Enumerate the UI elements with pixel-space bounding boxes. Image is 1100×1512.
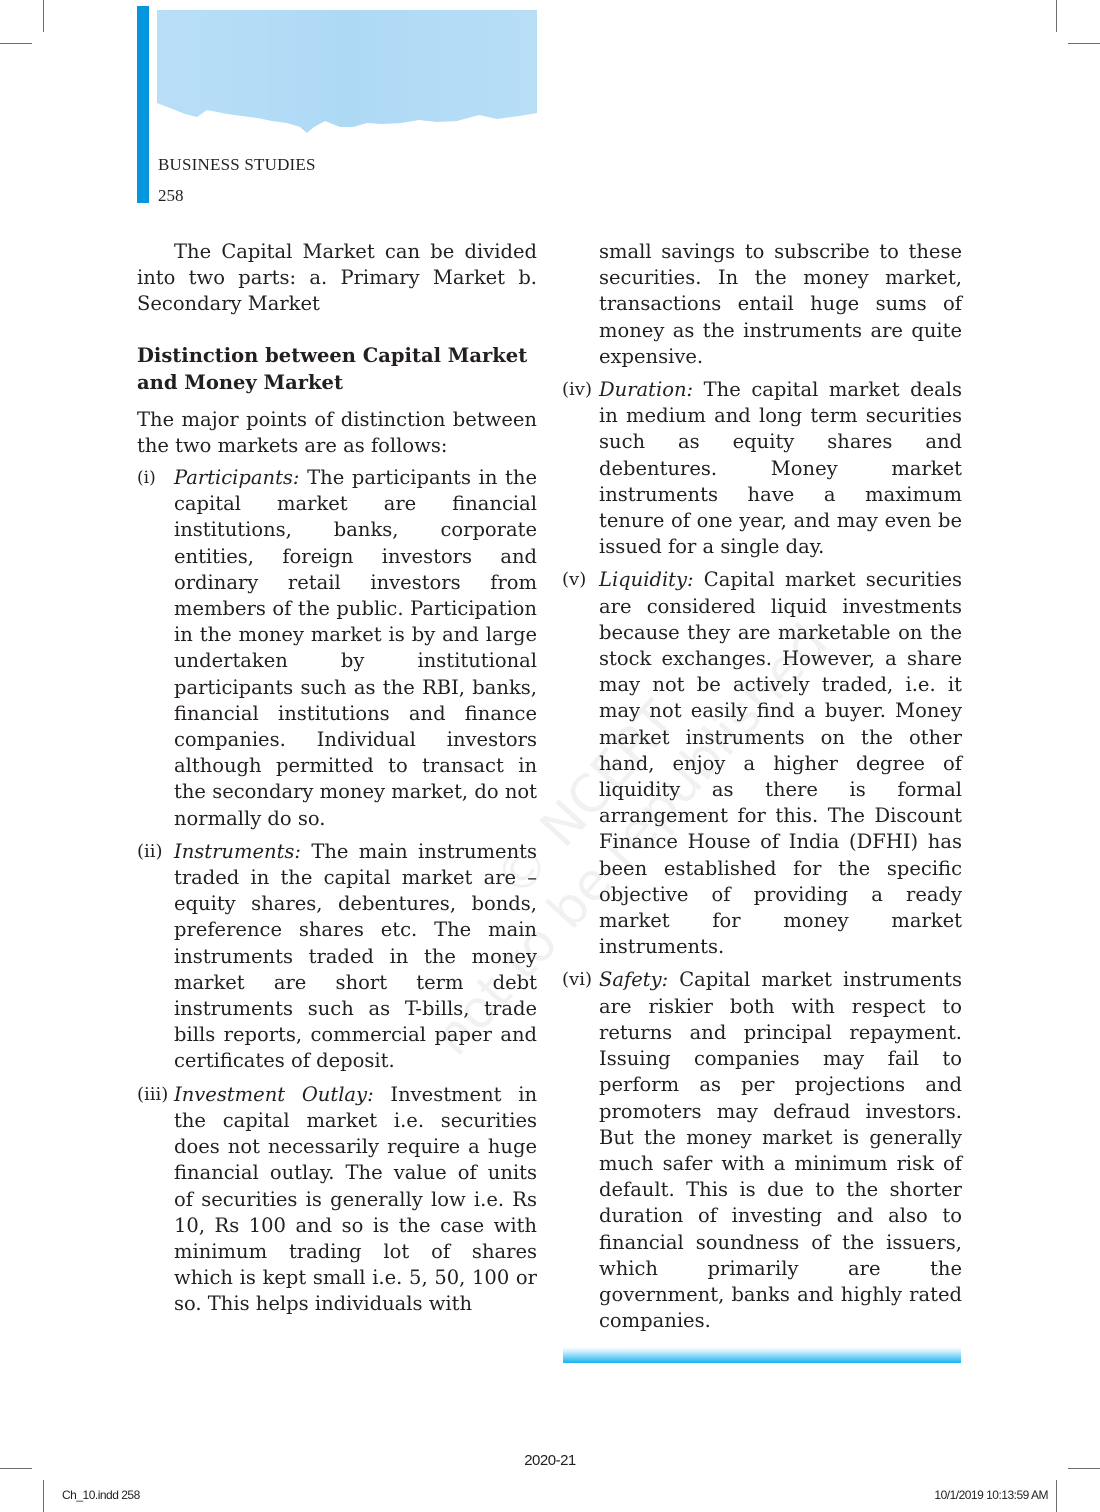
running-head: BUSINESS STUDIES: [158, 155, 316, 175]
list-marker: (v): [562, 567, 586, 593]
crop-mark-top-left-vertical: [43, 0, 44, 32]
list-item-instruments: (ii) Instruments: The main instruments t…: [137, 839, 537, 1075]
list-item-duration: (iv) Duration: The capital market deals …: [562, 377, 962, 560]
list-text: The main instruments traded in the capit…: [174, 840, 537, 1073]
list-term: Investment Outlay:: [174, 1083, 374, 1106]
list-text: Investment in the capital market i.e. se…: [174, 1083, 537, 1316]
list-item-participants: (i) Participants: The participants in th…: [137, 465, 537, 832]
lead-paragraph: The major points of distinction between …: [137, 407, 537, 459]
torn-paper-banner: [157, 10, 537, 135]
list-marker: (vi): [562, 967, 592, 993]
list-term: Safety:: [599, 968, 668, 991]
left-column: The Capital Market can be divided into t…: [137, 239, 537, 1325]
continuation-paragraph: small savings to subscribe to these secu…: [562, 239, 962, 370]
list-term: Liquidity:: [599, 568, 694, 591]
intro-paragraph: The Capital Market can be divided into t…: [137, 239, 537, 318]
list-term: Participants:: [174, 466, 300, 489]
list-term: Duration:: [599, 378, 693, 401]
list-item-safety: (vi) Safety: Capital market instruments …: [562, 967, 962, 1334]
crop-mark-top-left-horizontal: [0, 43, 32, 44]
crop-mark-top-right-vertical: [1056, 0, 1057, 32]
list-item-investment-outlay: (iii) Investment Outlay: Investment in t…: [137, 1082, 537, 1318]
section-end-gradient-bar: [563, 1347, 961, 1363]
accent-sidebar-bar: [137, 6, 149, 203]
print-slug-date: 10/1/2019 10:13:59 AM: [934, 1488, 1048, 1502]
list-marker: (iv): [562, 377, 592, 403]
section-heading: Distinction between Capital Market and M…: [137, 342, 537, 396]
crop-mark-bottom-right-vertical: [1056, 1480, 1057, 1512]
right-column: small savings to subscribe to these secu…: [562, 239, 962, 1341]
footer-year: 2020-21: [0, 1452, 1100, 1469]
list-item-liquidity: (v) Liquidity: Capital market securities…: [562, 567, 962, 960]
list-marker: (i): [137, 465, 156, 491]
list-marker: (ii): [137, 839, 163, 865]
crop-mark-top-right-horizontal: [1068, 43, 1100, 44]
list-text: Capital market securities are considered…: [599, 568, 962, 958]
list-text: The participants in the capital market a…: [174, 466, 537, 830]
list-text: The capital market deals in medium and l…: [599, 378, 962, 558]
list-marker: (iii): [137, 1082, 168, 1108]
crop-mark-bottom-left-vertical: [43, 1480, 44, 1512]
print-slug-file: Ch_10.indd 258: [62, 1488, 140, 1502]
page-number: 258: [158, 186, 184, 206]
list-text: Capital market instruments are riskier b…: [599, 968, 962, 1332]
list-term: Instruments:: [174, 840, 301, 863]
